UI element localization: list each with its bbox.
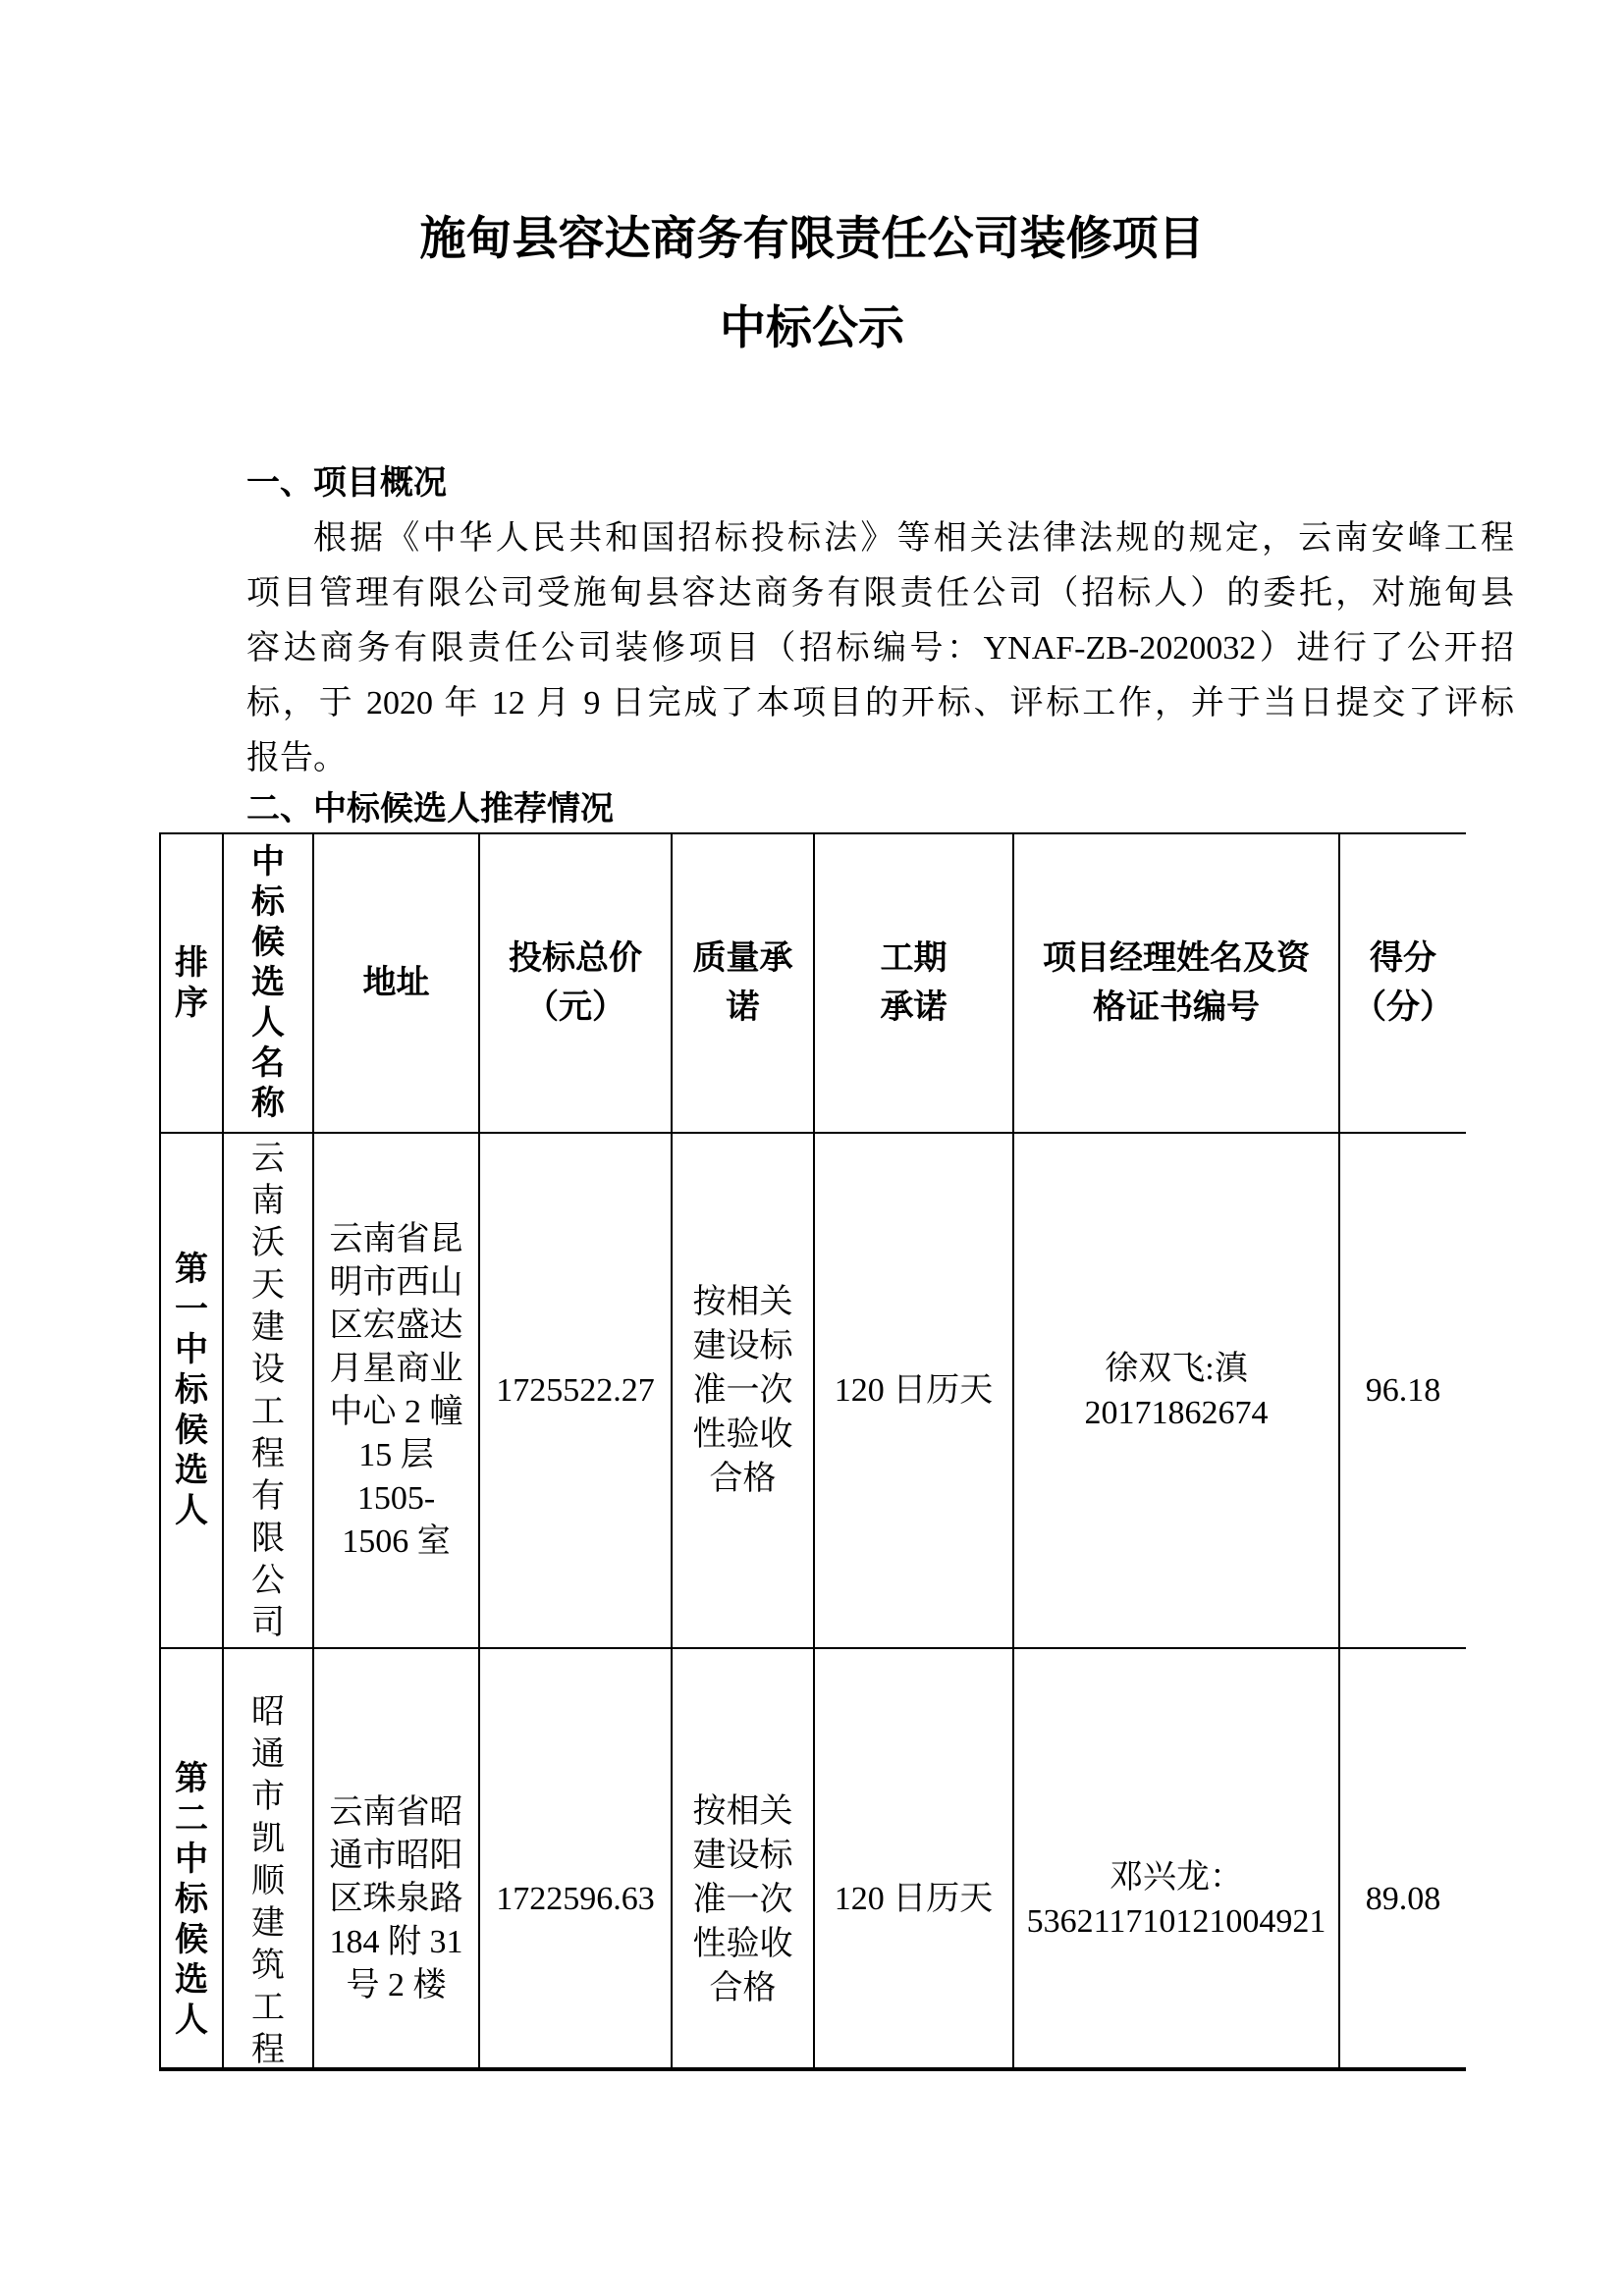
cell-rank: 第 一 中 标 候 选 人 xyxy=(160,1133,223,1648)
cell-address: 云南省昆 明市西山 区宏盛达 月星商业 中心 2 幢 15 层 1505- 15… xyxy=(313,1133,479,1648)
section1-heading: 一、项目概况 xyxy=(246,463,447,505)
paragraph-line: 标，于 2020 年 12 月 9 日完成了本项目的开标、评标工作，并于当日提交… xyxy=(246,676,1514,731)
cell-quality-commitment: 按相关 建设标 准一次 性验收 合格 xyxy=(672,1648,814,2071)
header-bid-total: 投标总价 （元） xyxy=(479,833,672,1133)
cell-project-manager: 邓兴龙： 536211710121004921 xyxy=(1013,1648,1339,2071)
header-rank: 排 序 xyxy=(160,833,223,1133)
cell-rank: 第 二 中 标 候 选 人 xyxy=(160,1648,223,2071)
section2-heading: 二、中标候选人推荐情况 xyxy=(246,789,614,830)
cell-candidate-name: 昭 通 市 凯 顺 建 筑 工 程 有 限 公 司 xyxy=(223,1648,313,2071)
paragraph-line: 项目管理有限公司受施甸县容达商务有限责任公司（招标人）的委托，对施甸县 xyxy=(246,566,1514,621)
paragraph-line: 容达商务有限责任公司装修项目（招标编号：YNAF-ZB-2020032）进行了公… xyxy=(246,621,1514,676)
candidates-table-wrapper: 排 序 中 标 候 选 人 名 称 地址 投标总价 （元） 质量承 诺 工期 承… xyxy=(159,832,1466,2071)
header-candidate-name: 中 标 候 选 人 名 称 xyxy=(223,833,313,1133)
cell-project-manager: 徐双飞:滇 20171862674 xyxy=(1013,1133,1339,1648)
cell-score: 89.08 xyxy=(1339,1648,1466,2071)
header-duration-commitment: 工期 承诺 xyxy=(814,833,1013,1133)
cell-bid-total: 1722596.63 xyxy=(479,1648,672,2071)
header-project-manager: 项目经理姓名及资 格证书编号 xyxy=(1013,833,1339,1133)
candidate-name-clipped: 昭 通 市 凯 顺 建 筑 工 程 有 限 公 司 xyxy=(226,1691,310,2071)
cell-bid-total: 1725522.27 xyxy=(479,1133,672,1648)
table-row-second-candidate: 第 二 中 标 候 选 人 昭 通 市 凯 顺 建 筑 工 程 有 限 公 司 … xyxy=(160,1648,1466,2071)
header-score: 得分 （分） xyxy=(1339,833,1466,1133)
cell-quality-commitment: 按相关 建设标 准一次 性验收 合格 xyxy=(672,1133,814,1648)
header-quality-commitment: 质量承 诺 xyxy=(672,833,814,1133)
document-title-line2: 中标公示 xyxy=(0,299,1624,358)
table-row-first-candidate: 第 一 中 标 候 选 人 云 南 沃 天 建 设 工 程 有 限 公 司 云南… xyxy=(160,1133,1466,1648)
cell-candidate-name: 云 南 沃 天 建 设 工 程 有 限 公 司 xyxy=(223,1133,313,1648)
header-address: 地址 xyxy=(313,833,479,1133)
cell-score: 96.18 xyxy=(1339,1133,1466,1648)
project-overview-paragraph: 根据《中华人民共和国招标投标法》等相关法律法规的规定，云南安峰工程 项目管理有限… xyxy=(246,511,1514,786)
cell-address: 云南省昭 通市昭阳 区珠泉路 184 附 31 号 2 楼 xyxy=(313,1648,479,2071)
cell-duration-commitment: 120 日历天 xyxy=(814,1133,1013,1648)
paragraph-line: 根据《中华人民共和国招标投标法》等相关法律法规的规定，云南安峰工程 xyxy=(246,511,1514,566)
document-page: 施甸县容达商务有限责任公司装修项目 中标公示 一、项目概况 根据《中华人民共和国… xyxy=(0,0,1624,2296)
table-header-row: 排 序 中 标 候 选 人 名 称 地址 投标总价 （元） 质量承 诺 工期 承… xyxy=(160,833,1466,1133)
document-title-line1: 施甸县容达商务有限责任公司装修项目 xyxy=(0,210,1624,269)
paragraph-line: 报告。 xyxy=(246,731,1514,786)
cell-duration-commitment: 120 日历天 xyxy=(814,1648,1013,2071)
candidates-table: 排 序 中 标 候 选 人 名 称 地址 投标总价 （元） 质量承 诺 工期 承… xyxy=(159,832,1466,2071)
